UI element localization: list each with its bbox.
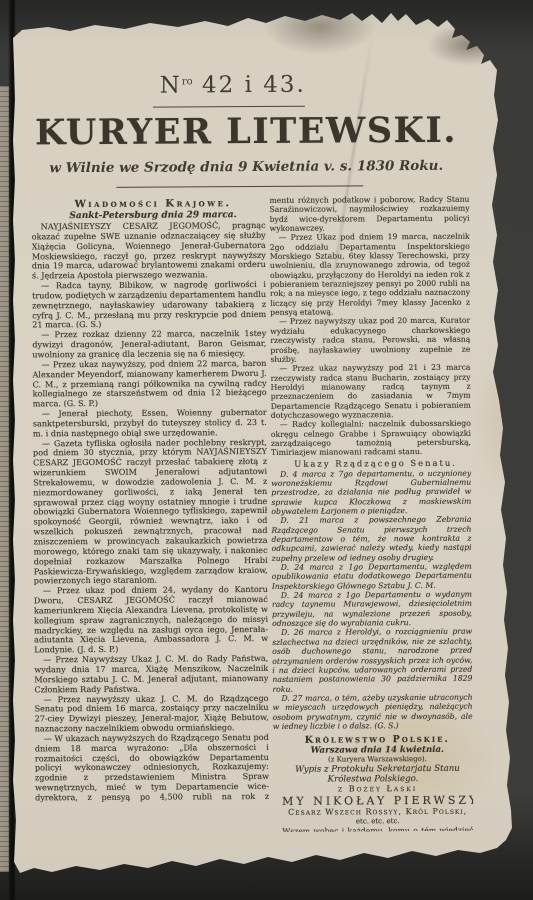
- right-column: mentu różnych podatkow i poborow, Radcy …: [269, 195, 473, 832]
- masthead-title: KURYER LITEWSKI.: [11, 110, 481, 154]
- issue-superscript: ro: [182, 76, 193, 87]
- left-column: Wiadomości Krajowe. Sankt-Petersburg dni…: [31, 198, 269, 803]
- news-paragraph: — Przez naywyższy ukaz J. C. M. do Rządz…: [34, 693, 268, 734]
- senate-ukases-heading: Ukazy Rządzącego Senatu.: [271, 456, 471, 469]
- issue-underline-rule: [153, 106, 305, 108]
- page-content: Nro 42 i 43. KURYER LITEWSKI. w Wilnie w…: [10, 19, 499, 882]
- scan-background: Nro 42 i 43. KURYER LITEWSKI. w Wilnie w…: [0, 0, 533, 900]
- news-paragraph: — Radca tayny, Bibikow, w nagrodę gorliw…: [32, 280, 266, 331]
- senate-paragraph: D. 26 marca z Heroldyi, o rozciągnieniu …: [272, 627, 472, 694]
- masthead-rule: [116, 185, 363, 188]
- senate-paragraph: D. 27 marca, o tém, ażeby uzyskanie utra…: [272, 693, 472, 732]
- issue-number: Nro 42 i 43.: [11, 71, 455, 100]
- issue-rest: 42 i 43.: [193, 72, 306, 99]
- news-paragraph: — Przez ukaz naywyższy, pod dniem 22 mar…: [32, 359, 266, 410]
- kingdom-of-poland-section: Królewstwo Polskie. Warszawa dnia 14 kwi…: [273, 734, 474, 832]
- senate-paragraph: D. 24 marca z 1go Departamentu o wydanym…: [272, 590, 472, 629]
- kingdom-document-title: Wypis z Protokułu Sekretarjatu Stanu Kró…: [273, 764, 473, 785]
- news-paragraph: NAYJAŚNIEYSZY CESARZ JEGOMOŚĆ, pragnąc o…: [32, 221, 266, 281]
- news-paragraph: — Przez ukaz naywyższy pod 21 i 23 marca…: [270, 363, 470, 420]
- news-paragraph-continued: mentu różnych podatkow i poborow, Radcy …: [269, 195, 469, 234]
- news-paragraph: — Przez rozkaz dzienny 22 marca, naczeln…: [32, 329, 266, 360]
- news-paragraph: — W ukazach naywyższych do Rządzącego Se…: [35, 733, 269, 804]
- newspaper-page: Nro 42 i 43. KURYER LITEWSKI. w Wilnie w…: [0, 0, 533, 900]
- senate-paragraph: D. 24 marca z 1go Departamentu, względem…: [272, 562, 472, 591]
- monarch-name-line: MY NIKOŁAY PIERWSZY,: [273, 794, 473, 808]
- news-paragraph: — Przez ukaz pod dniem 24, wydany do Kan…: [34, 585, 268, 655]
- news-paragraph: — Przez Naywyższy Ukaz J. C. M. do Rady …: [34, 654, 268, 695]
- senate-paragraph: D. 4 marca z 7go departamentu, o uczynio…: [271, 468, 471, 516]
- senate-paragraph: D. 21 marca z powszechnego Zebrania Rząd…: [271, 515, 471, 563]
- news-paragraph: — Gazeta tyfliska ogłosiła nader pochleb…: [33, 437, 268, 586]
- news-paragraph: — Jenerał piechoty, Essen, Woienny guber…: [33, 408, 267, 439]
- issue-prefix: N: [160, 72, 182, 98]
- news-paragraph: — Radcy kollegialni: naczelnik dubossars…: [271, 419, 471, 458]
- news-paragraph: — Przez naywyższy ukaz pod 20 marca, Kur…: [270, 316, 470, 364]
- monarch-titles-line: Cesarz Wszech Rossyy, Król Polski,: [273, 807, 473, 818]
- masthead-dateline: w Wilnie we Srzodę dnia 9 Kwietnia v. s.…: [11, 158, 481, 177]
- news-paragraph: — Przez Ukaz pod dniem 19 marca, naczeln…: [270, 232, 471, 317]
- proclamation-paragraph: Wszem wobec i każdemu, komu o tém wiedzi…: [273, 826, 473, 832]
